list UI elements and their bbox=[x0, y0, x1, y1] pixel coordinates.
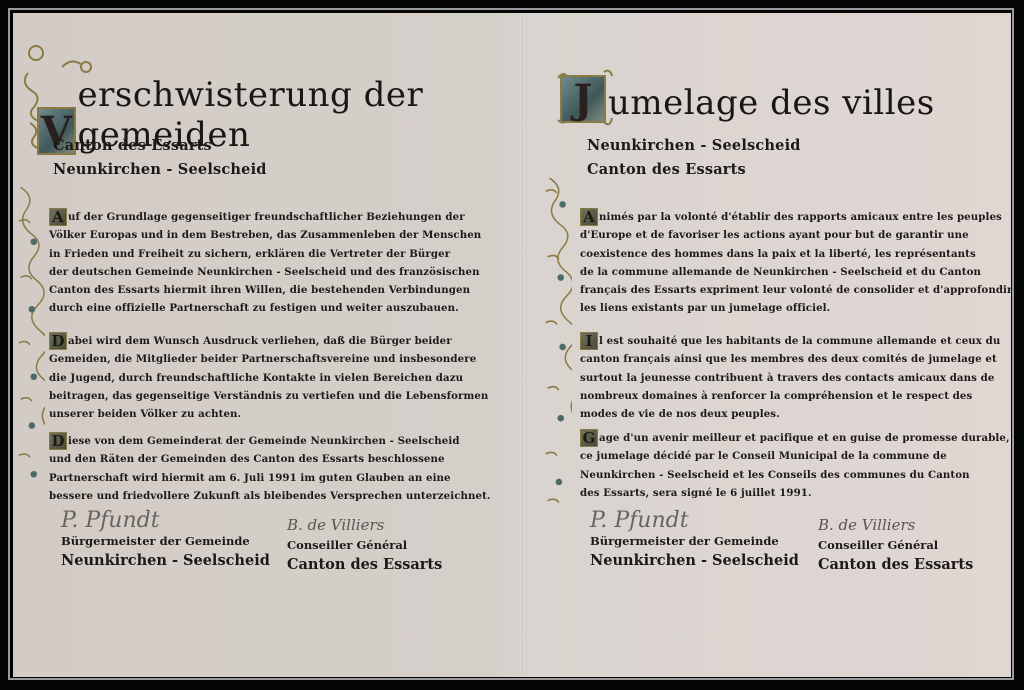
paragraph-initial: G bbox=[580, 429, 598, 447]
paragraph-initial: A bbox=[580, 208, 598, 226]
paragraph-line: ce jumelage décidé par le Conseil Munici… bbox=[580, 447, 1010, 465]
paragraph-line: abei wird dem Wunsch Ausdruck verliehen,… bbox=[68, 332, 452, 350]
german-page: V erschwisterung der gemeiden Canton des… bbox=[13, 13, 513, 677]
german-signature-councillor: B. de Villiers Conseiller Général Canton… bbox=[287, 513, 442, 576]
paragraph-line: surtout la jeunesse contribuent à traver… bbox=[580, 369, 1000, 387]
paragraph-line: beitragen, das gegenseitige Verständnis … bbox=[49, 387, 488, 405]
paragraph-line: français des Essarts expriment leur volo… bbox=[580, 281, 1011, 299]
paragraph-line: unserer beiden Völker zu achten. bbox=[49, 405, 488, 423]
signatory-title: Bürgermeister der Gemeinde bbox=[61, 533, 270, 550]
paragraph-line: l est souhaité que les habitants de la c… bbox=[599, 332, 1000, 350]
handwritten-signature: B. de Villiers bbox=[287, 513, 442, 537]
french-paragraph-1: A nimés par la volonté d'établir des rap… bbox=[580, 208, 1011, 318]
signatory-place: Canton des Essarts bbox=[818, 554, 973, 576]
german-paragraph-3: D iese von dem Gemeinderat der Gemeinde … bbox=[49, 432, 491, 505]
paragraph-line: des Essarts, sera signé le 6 juillet 199… bbox=[580, 484, 1010, 502]
paragraph-line: de la commune allemande de Neunkirchen -… bbox=[580, 263, 1011, 281]
french-paragraph-2: I l est souhaité que les habitants de la… bbox=[580, 332, 1000, 423]
handwritten-signature: P. Pfundt bbox=[590, 509, 799, 533]
paragraph-line: die Jugend, durch freundschaftliche Kont… bbox=[49, 369, 488, 387]
paragraph-line: Völker Europas und in dem Bestreben, das… bbox=[49, 226, 481, 244]
signatory-title: Conseiller Général bbox=[287, 537, 442, 554]
paragraph-line: Neunkirchen - Seelscheid et les Conseils… bbox=[580, 466, 1010, 484]
paragraph-line: Partnerschaft wird hiermit am 6. Juli 19… bbox=[49, 469, 491, 487]
german-paragraph-2: D abei wird dem Wunsch Ausdruck verliehe… bbox=[49, 332, 488, 423]
signatory-place: Neunkirchen - Seelscheid bbox=[61, 550, 270, 572]
floral-vine-border-icon bbox=[542, 161, 572, 531]
paragraph-line: nimés par la volonté d'établir des rappo… bbox=[599, 208, 1002, 226]
german-signature-mayor: P. Pfundt Bürgermeister der Gemeinde Neu… bbox=[61, 509, 270, 572]
paragraph-line: in Frieden und Freiheit zu sichern, erkl… bbox=[49, 245, 481, 263]
paragraph-line: d'Europe et de favoriser les actions aya… bbox=[580, 226, 1011, 244]
paragraph-initial: D bbox=[49, 332, 67, 350]
paragraph-line: der deutschen Gemeinde Neunkirchen - See… bbox=[49, 263, 481, 281]
paragraph-initial: D bbox=[49, 432, 67, 450]
charter-paper: V erschwisterung der gemeiden Canton des… bbox=[13, 13, 1011, 677]
signatory-place: Canton des Essarts bbox=[287, 554, 442, 576]
paper-fold-crease bbox=[520, 13, 522, 677]
paragraph-line: uf der Grundlage gegenseitiger freundsch… bbox=[68, 208, 465, 226]
handwritten-signature: B. de Villiers bbox=[818, 513, 973, 537]
handwritten-signature: P. Pfundt bbox=[61, 509, 270, 533]
paragraph-line: canton français ainsi que les membres de… bbox=[580, 350, 1000, 368]
french-title-text: umelage des villes bbox=[608, 83, 935, 123]
paragraph-initial: I bbox=[580, 332, 598, 350]
german-subhead-1: Canton des Essarts bbox=[53, 135, 212, 156]
paragraph-line: durch eine offizielle Partnerschaft zu f… bbox=[49, 299, 481, 317]
paragraph-line: coexistence des hommes dans la paix et l… bbox=[580, 245, 1011, 263]
french-subhead-2: Canton des Essarts bbox=[587, 159, 746, 180]
paragraph-line: und den Räten der Gemeinden des Canton d… bbox=[49, 450, 491, 468]
french-title: J umelage des villes bbox=[560, 75, 935, 123]
french-signature-councillor: B. de Villiers Conseiller Général Canton… bbox=[818, 513, 973, 576]
floral-vine-border-icon bbox=[15, 173, 45, 513]
french-signature-mayor: P. Pfundt Bürgermeister der Gemeinde Neu… bbox=[590, 509, 799, 572]
paragraph-line: Gemeiden, die Mitglieder beider Partners… bbox=[49, 350, 488, 368]
paragraph-line: Canton des Essarts hiermit ihren Willen,… bbox=[49, 281, 481, 299]
paragraph-line: iese von dem Gemeinderat der Gemeinde Ne… bbox=[68, 432, 460, 450]
german-paragraph-1: A uf der Grundlage gegenseitiger freunds… bbox=[49, 208, 481, 318]
signatory-title: Conseiller Général bbox=[818, 537, 973, 554]
paragraph-line: bessere und friedvollere Zukunft als ble… bbox=[49, 487, 491, 505]
paragraph-line: modes de vie de nos deux peuples. bbox=[580, 405, 1000, 423]
french-page: J umelage des villes Neunkirchen - Seels… bbox=[528, 13, 1011, 677]
illuminated-initial: J bbox=[560, 75, 606, 123]
paragraph-line: nombreux domaines à renforcer la compréh… bbox=[580, 387, 1000, 405]
signatory-title: Bürgermeister der Gemeinde bbox=[590, 533, 799, 550]
signatory-place: Neunkirchen - Seelscheid bbox=[590, 550, 799, 572]
french-subhead-1: Neunkirchen - Seelscheid bbox=[587, 135, 801, 156]
paragraph-line: les liens existants par un jumelage offi… bbox=[580, 299, 1011, 317]
paragraph-initial: A bbox=[49, 208, 67, 226]
paragraph-line: age d'un avenir meilleur et pacifique et… bbox=[599, 429, 1010, 447]
german-subhead-2: Neunkirchen - Seelscheid bbox=[53, 159, 267, 180]
french-paragraph-3: G age d'un avenir meilleur et pacifique … bbox=[580, 429, 1010, 502]
